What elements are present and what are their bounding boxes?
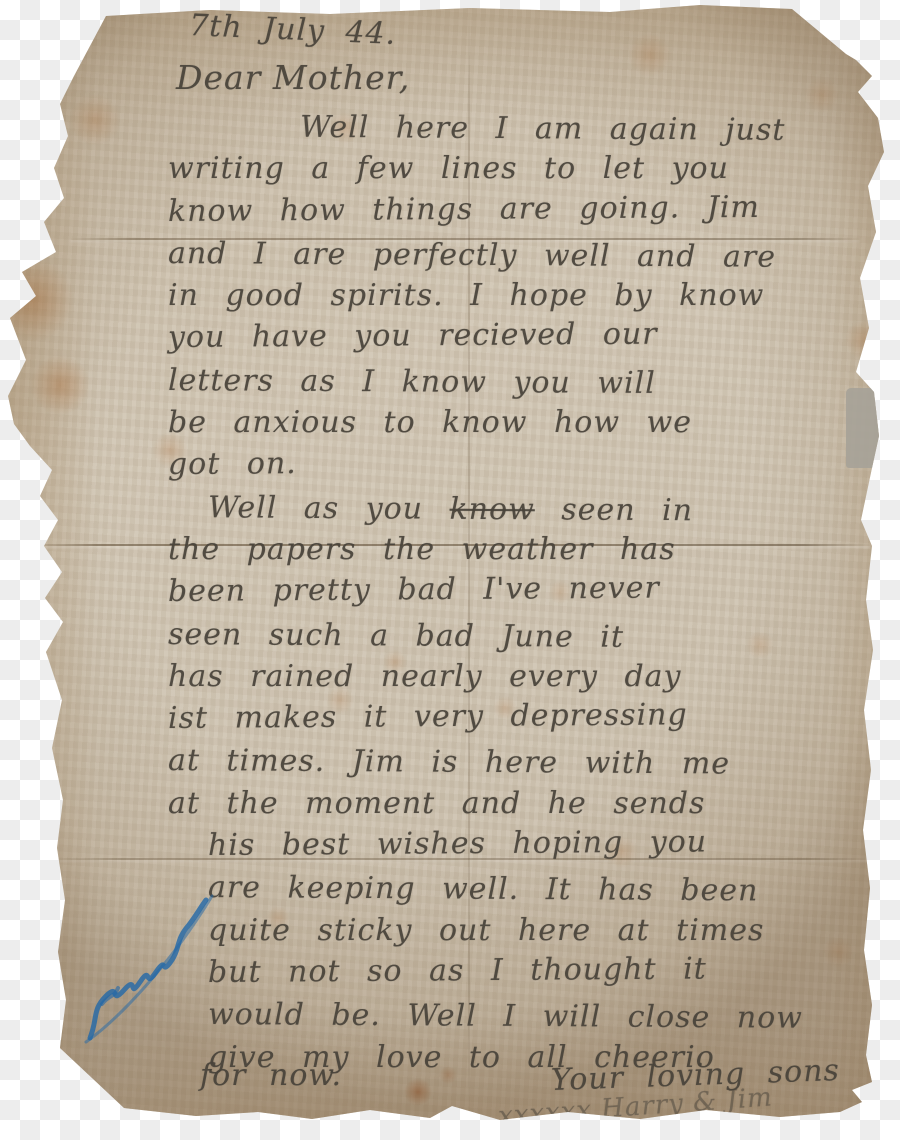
- struck-word: know: [449, 491, 534, 527]
- transparency-checkerboard: 7th July 44. Dear Mother, Well here I am…: [0, 0, 900, 1140]
- letter-line: ist makes it very depressing: [168, 693, 844, 740]
- letter-line: at times. Jim is here with me: [168, 740, 844, 786]
- letter-line: at the moment and he sends: [168, 783, 844, 825]
- letter-line: in good spirits. I hope by know: [168, 275, 844, 317]
- letter-salutation: Dear Mother,: [176, 58, 410, 97]
- letter-line: quite sticky out here at times: [208, 910, 844, 952]
- censor-ink-scrawl-icon: [80, 878, 220, 1048]
- letter-line: and I are perfectly well and are: [168, 233, 844, 279]
- letter-line: know how things are going. Jim: [168, 186, 844, 233]
- letter-closing: for now.: [200, 1058, 342, 1093]
- letter-line: Well as you know seen in: [168, 487, 844, 533]
- letter-line: has rained nearly every day: [168, 656, 844, 698]
- letter-line: would be. Well I will close now: [208, 994, 844, 1040]
- letter-date: 7th July 44.: [188, 8, 396, 52]
- letter-line: got on.: [168, 440, 844, 487]
- letter-line: letters as I know you will: [168, 360, 844, 406]
- letter-line: are keeping well. It has been: [208, 867, 844, 913]
- letter-line: but not so as I thought it: [208, 947, 844, 994]
- letter-line: Well here I am again just: [168, 106, 844, 152]
- letter-paper: 7th July 44. Dear Mother, Well here I am…: [0, 0, 900, 1140]
- letter-line: be anxious to know how we: [168, 402, 844, 444]
- letter-line: seen such a bad June it: [168, 614, 844, 660]
- letter-line: been pretty bad I've never: [168, 567, 844, 614]
- letter-body: Well here I am again justwriting a few l…: [168, 106, 844, 1079]
- tape-residue-patch: [846, 388, 879, 468]
- letter-line: the papers the weather has: [168, 529, 844, 571]
- letter-line: his best wishes hoping you: [208, 821, 844, 868]
- letter-line: writing a few lines to let you: [168, 148, 844, 190]
- letter-line: you have you recieved our: [168, 313, 844, 360]
